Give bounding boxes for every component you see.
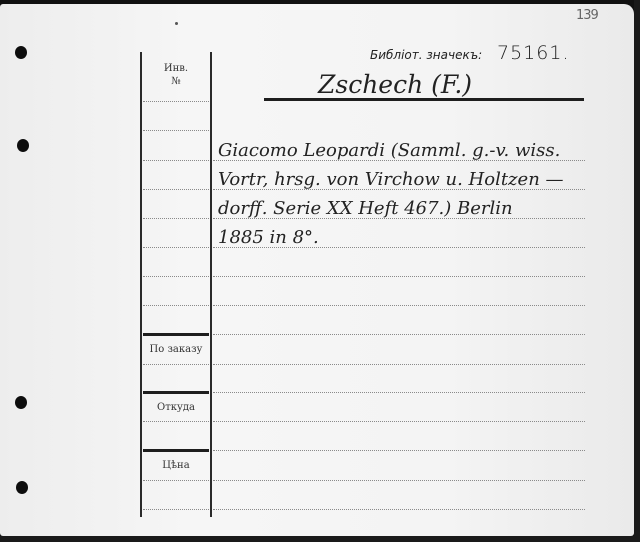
page-number: 139 [576, 8, 598, 23]
library-mark-label: Библіот. значекъ: [370, 48, 482, 62]
section-divider [143, 449, 209, 452]
rule-line [143, 101, 209, 102]
rule-line [143, 130, 209, 131]
rule-line [143, 509, 209, 510]
rule-line [213, 276, 585, 277]
card-edge-right [634, 0, 640, 542]
rule-line [213, 480, 585, 481]
rule-line [143, 218, 209, 219]
order-label: По заказу [141, 344, 211, 355]
source-label: Откуда [141, 402, 211, 413]
description-line: Giacomo Leopardi (Samml. g.-v. wiss. [218, 140, 560, 161]
catalog-card [0, 4, 634, 536]
inv-number-label: № [141, 76, 211, 87]
left-column-border [140, 52, 142, 517]
price-label: Цѣна [141, 460, 211, 471]
rule-line [143, 364, 209, 365]
rule-line [143, 421, 209, 422]
library-mark-value: 75161. [497, 42, 569, 64]
rule-line [213, 334, 585, 335]
left-column-divider [210, 52, 212, 517]
description-line: dorff. Serie XX Heft 467.) Berlin [218, 198, 513, 219]
punch-hole-icon [15, 46, 27, 59]
rule-line [143, 247, 209, 248]
description-line: Vortr, hrsg. von Virchow u. Holtzen — [218, 169, 564, 190]
rule-line [213, 364, 585, 365]
rule-line [213, 509, 585, 510]
punch-hole-icon [15, 396, 27, 409]
rule-line [143, 480, 209, 481]
section-divider [143, 391, 209, 394]
card-edge-bottom [0, 536, 640, 542]
punch-hole-icon [16, 481, 28, 494]
speck [175, 22, 178, 25]
punch-hole-icon [17, 139, 29, 152]
author-underline [264, 98, 584, 101]
author-name: Zschech (F.) [318, 70, 472, 99]
rule-line [213, 305, 585, 306]
rule-line [143, 305, 209, 306]
rule-line [213, 450, 585, 451]
rule-line [143, 276, 209, 277]
inv-label: Инв. [141, 63, 211, 74]
rule-line [143, 160, 209, 161]
rule-line [213, 421, 585, 422]
section-divider [143, 333, 209, 336]
rule-line [213, 392, 585, 393]
description-line: 1885 in 8°. [218, 227, 319, 248]
rule-line [143, 189, 209, 190]
